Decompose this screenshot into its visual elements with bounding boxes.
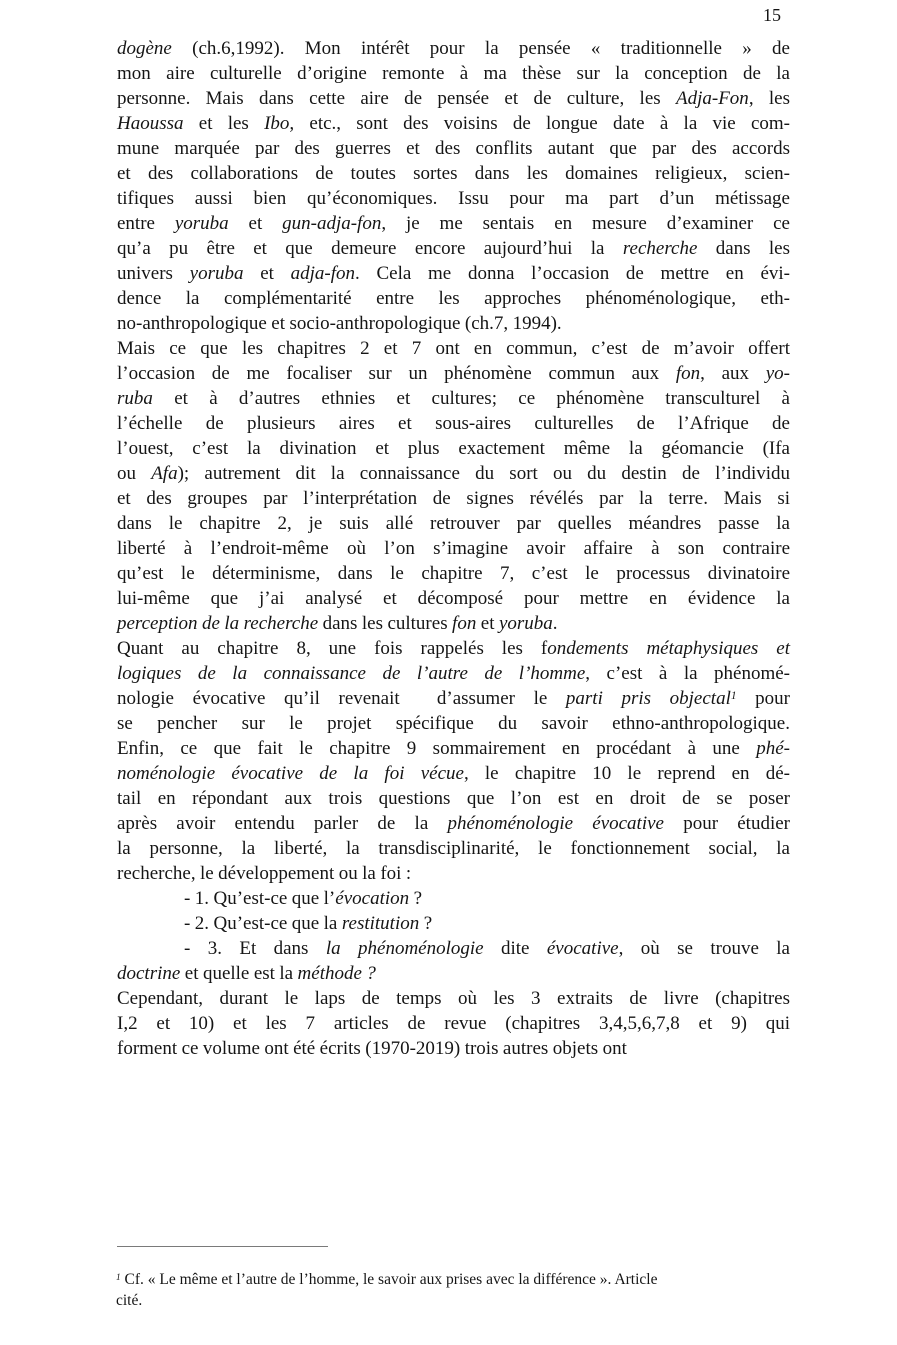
- text-line: mune marquée par des guerres et des conf…: [117, 136, 790, 161]
- text-segment: tail en répondant aux trois questions qu…: [117, 788, 790, 809]
- text-segment: .: [553, 613, 558, 634]
- italic-text-segment: ondements métaphysiques et: [547, 638, 790, 659]
- text-line: - 3. Et dans la phénoménologie dite évoc…: [117, 936, 790, 961]
- italic-text-segment: évocative: [547, 938, 619, 959]
- text-segment: no-anthropologique et socio-anthropologi…: [117, 313, 562, 334]
- text-segment: et à d’autres ethnies et cultures; ce ph…: [153, 388, 790, 409]
- document-page: 15 dogène (ch.6,1992). Mon intérêt pour …: [0, 0, 897, 1345]
- text-segment: liberté à l’endroit-même où l’on s’imagi…: [117, 538, 790, 559]
- text-line: entre yoruba et gun-adja-fon, je me sent…: [117, 211, 790, 236]
- text-segment: l’échelle de plusieurs aires et sous-air…: [117, 413, 790, 434]
- text-line: se pencher sur le projet spécifique du s…: [117, 711, 790, 736]
- text-segment: et: [243, 263, 290, 284]
- text-segment: se pencher sur le projet spécifique du s…: [117, 713, 790, 734]
- text-line: la personne, la liberté, la transdiscipl…: [117, 836, 790, 861]
- text-line: Enfin, ce que fait le chapitre 9 sommair…: [117, 736, 790, 761]
- text-segment: Mais ce que les chapitres 2 et 7 ont en …: [117, 338, 790, 359]
- italic-text-segment: Haoussa: [117, 113, 184, 134]
- text-line: l’échelle de plusieurs aires et sous-air…: [117, 411, 790, 436]
- text-segment: pour étudier: [664, 813, 790, 834]
- text-segment: dans les: [697, 238, 790, 259]
- text-segment: dans le chapitre 2, je suis allé retrouv…: [117, 513, 790, 534]
- question-list: - 1. Qu’est-ce que l’évocation ?- 2. Qu’…: [117, 886, 790, 986]
- text-segment: . Cela me donna l’occasion de mettre en …: [355, 263, 790, 284]
- text-line: tail en répondant aux trois questions qu…: [117, 786, 790, 811]
- text-line: l’occasion de me focaliser sur un phénom…: [117, 361, 790, 386]
- text-segment: ); autrement dit la connaissance du sort…: [178, 463, 790, 484]
- paragraph-chapters-8-10: Quant au chapitre 8, une fois rappelés l…: [117, 636, 790, 886]
- text-line: après avoir entendu parler de la phénomé…: [117, 811, 790, 836]
- text-line: recherche, le développement ou la foi :: [117, 861, 790, 886]
- text-line: Mais ce que les chapitres 2 et 7 ont en …: [117, 336, 790, 361]
- text-segment: I,2 et 10) et les 7 articles de revue (c…: [117, 1013, 790, 1034]
- italic-text-segment: ruba: [117, 388, 153, 409]
- text-segment: l’occasion de me focaliser sur un phénom…: [117, 363, 676, 384]
- italic-text-segment: méthode ?: [298, 963, 376, 984]
- text-segment: cité.: [116, 1292, 142, 1309]
- text-segment: et des groupes par l’interprétation de s…: [117, 488, 790, 509]
- text-line: personne. Mais dans cette aire de pensée…: [117, 86, 790, 111]
- text-segment: dite: [484, 938, 547, 959]
- text-segment: Quant au chapitre 8, une fois rappelés l…: [117, 638, 547, 659]
- text-segment: l’ouest, c’est la divination et plus exa…: [117, 438, 790, 459]
- italic-text-segment: recherche: [623, 238, 698, 259]
- page-number: 15: [763, 4, 781, 26]
- text-line: Quant au chapitre 8, une fois rappelés l…: [117, 636, 790, 661]
- italic-text-segment: noménologie évocative de la foi vécue: [117, 763, 464, 784]
- text-segment: après avoir entendu parler de la: [117, 813, 447, 834]
- text-line: qu’a pu être et que demeure encore aujou…: [117, 236, 790, 261]
- text-segment: etc., sont des voisins de longue date à …: [294, 113, 790, 134]
- text-segment: nologie évocative qu’il revenait d’assum…: [117, 688, 566, 709]
- text-line: lui-même que j’ai analysé et décomposé p…: [117, 586, 790, 611]
- text-segment: recherche, le développement ou la foi :: [117, 863, 411, 884]
- paragraph-intro-continuation: dogène (ch.6,1992). Mon intérêt pour la …: [117, 36, 790, 336]
- text-line: noménologie évocative de la foi vécue, l…: [117, 761, 790, 786]
- italic-text-segment: phé-: [756, 738, 790, 759]
- text-line: - 2. Qu’est-ce que la restitution ?: [117, 911, 790, 936]
- text-segment: , aux: [700, 363, 766, 384]
- italic-text-segment: gun-adja-fon: [282, 213, 381, 234]
- text-segment: ou: [117, 463, 151, 484]
- italic-text-segment: yo-: [766, 363, 790, 384]
- text-line: logiques de la connaissance de l’autre d…: [117, 661, 790, 686]
- text-line: liberté à l’endroit-même où l’on s’imagi…: [117, 536, 790, 561]
- text-line: dence la complémentarité entre les appro…: [117, 286, 790, 311]
- text-line: Haoussa et les Ibo, etc., sont des voisi…: [117, 111, 790, 136]
- text-segment: - 1. Qu’est-ce que l’: [184, 888, 335, 909]
- text-segment: qu’a pu être et que demeure encore aujou…: [117, 238, 623, 259]
- text-line: forment ce volume ont été écrits (1970-2…: [117, 1036, 790, 1061]
- footnote-text: 1 Cf. « Le même et l’autre de l’homme, l…: [116, 1269, 792, 1311]
- italic-text-segment: adja-fon: [291, 263, 355, 284]
- italic-text-segment: phénoménologie évocative: [447, 813, 664, 834]
- paragraph-chapters-2-7: Mais ce que les chapitres 2 et 7 ont en …: [117, 336, 790, 636]
- text-line: et des collaborations de toutes sortes d…: [117, 161, 790, 186]
- italic-text-segment: doctrine: [117, 963, 180, 984]
- text-segment: forment ce volume ont été écrits (1970-2…: [117, 1038, 627, 1059]
- text-segment: Cependant, durant le laps de temps où le…: [117, 988, 790, 1009]
- italic-text-segment: perception de la recherche: [117, 613, 318, 634]
- footnote: 1 Cf. « Le même et l’autre de l’homme, l…: [116, 1269, 792, 1311]
- italic-text-segment: yoruba: [499, 613, 553, 634]
- text-line: tifiques aussi bien qu’économiques. Issu…: [117, 186, 790, 211]
- text-segment: univers: [117, 263, 190, 284]
- text-segment: dence la complémentarité entre les appro…: [117, 288, 790, 309]
- text-segment: la personne, la liberté, la transdiscipl…: [117, 838, 790, 859]
- text-segment: personne. Mais dans cette aire de pensée…: [117, 88, 676, 109]
- italic-text-segment: yoruba: [190, 263, 244, 284]
- text-line: mon aire culturelle d’origine remonte à …: [117, 61, 790, 86]
- text-segment: mon aire culturelle d’origine remonte à …: [117, 63, 790, 84]
- text-segment: pour: [737, 688, 790, 709]
- text-segment: Cf. « Le même et l’autre de l’homme, le …: [121, 1271, 658, 1288]
- text-line: Cependant, durant le laps de temps où le…: [117, 986, 790, 1011]
- footnote-rule: [117, 1246, 328, 1247]
- text-line: dans le chapitre 2, je suis allé retrouv…: [117, 511, 790, 536]
- text-line: ou Afa); autrement dit la connaissance d…: [117, 461, 790, 486]
- text-line: 1 Cf. « Le même et l’autre de l’homme, l…: [116, 1269, 792, 1290]
- text-segment: ?: [409, 888, 422, 909]
- text-segment: Enfin, ce que fait le chapitre 9 sommair…: [117, 738, 756, 759]
- italic-text-segment: Adja-Fon: [676, 88, 749, 109]
- text-line: doctrine et quelle est la méthode ?: [117, 961, 790, 986]
- text-line: l’ouest, c’est la divination et plus exa…: [117, 436, 790, 461]
- text-line: perception de la recherche dans les cult…: [117, 611, 790, 636]
- body-text: dogène (ch.6,1992). Mon intérêt pour la …: [117, 36, 790, 1061]
- italic-text-segment: évocation: [335, 888, 409, 909]
- text-segment: , les: [749, 88, 790, 109]
- text-segment: qu’est le déterminisme, dans le chapitre…: [117, 563, 790, 584]
- text-line: qu’est le déterminisme, dans le chapitre…: [117, 561, 790, 586]
- italic-text-segment: fon: [676, 363, 700, 384]
- text-line: dogène (ch.6,1992). Mon intérêt pour la …: [117, 36, 790, 61]
- text-segment: , où se trouve la: [619, 938, 790, 959]
- text-segment: dans les cultures: [318, 613, 452, 634]
- text-segment: et: [476, 613, 499, 634]
- text-segment: , le chapitre 10 le reprend en dé-: [464, 763, 790, 784]
- text-segment: , je me sentais en mesure d’examiner ce: [381, 213, 790, 234]
- italic-text-segment: la phénoménologie: [326, 938, 484, 959]
- text-segment: ?: [419, 913, 432, 934]
- text-segment: et: [229, 213, 282, 234]
- text-segment: et des collaborations de toutes sortes d…: [117, 163, 790, 184]
- text-line: cité.: [116, 1290, 792, 1311]
- italic-text-segment: logiques de la connaissance de l’autre d…: [117, 663, 585, 684]
- text-line: I,2 et 10) et les 7 articles de revue (c…: [117, 1011, 790, 1036]
- italic-text-segment: fon: [452, 613, 476, 634]
- text-line: no-anthropologique et socio-anthropologi…: [117, 311, 790, 336]
- text-line: univers yoruba et adja-fon. Cela me donn…: [117, 261, 790, 286]
- text-line: nologie évocative qu’il revenait d’assum…: [117, 686, 790, 711]
- text-segment: et quelle est la: [180, 963, 297, 984]
- text-segment: mune marquée par des guerres et des conf…: [117, 138, 790, 159]
- text-segment: , c’est à la phénomé-: [585, 663, 790, 684]
- text-segment: - 3. Et dans: [184, 938, 326, 959]
- italic-text-segment: Afa: [151, 463, 177, 484]
- italic-text-segment: restitution: [342, 913, 419, 934]
- paragraph-closing: Cependant, durant le laps de temps où le…: [117, 986, 790, 1061]
- text-line: et des groupes par l’interprétation de s…: [117, 486, 790, 511]
- text-segment: entre: [117, 213, 175, 234]
- text-segment: lui-même que j’ai analysé et décomposé p…: [117, 588, 790, 609]
- italic-text-segment: dogène: [117, 38, 172, 59]
- text-segment: tifiques aussi bien qu’économiques. Issu…: [117, 188, 790, 209]
- text-line: ruba et à d’autres ethnies et cultures; …: [117, 386, 790, 411]
- text-line: - 1. Qu’est-ce que l’évocation ?: [117, 886, 790, 911]
- text-segment: (ch.6,1992). Mon intérêt pour la pensée …: [172, 38, 790, 59]
- italic-text-segment: parti pris objectal: [566, 688, 731, 709]
- text-segment: - 2. Qu’est-ce que la: [184, 913, 342, 934]
- italic-text-segment: yoruba: [175, 213, 229, 234]
- italic-text-segment: Ibo,: [264, 113, 294, 134]
- text-segment: et les: [184, 113, 265, 134]
